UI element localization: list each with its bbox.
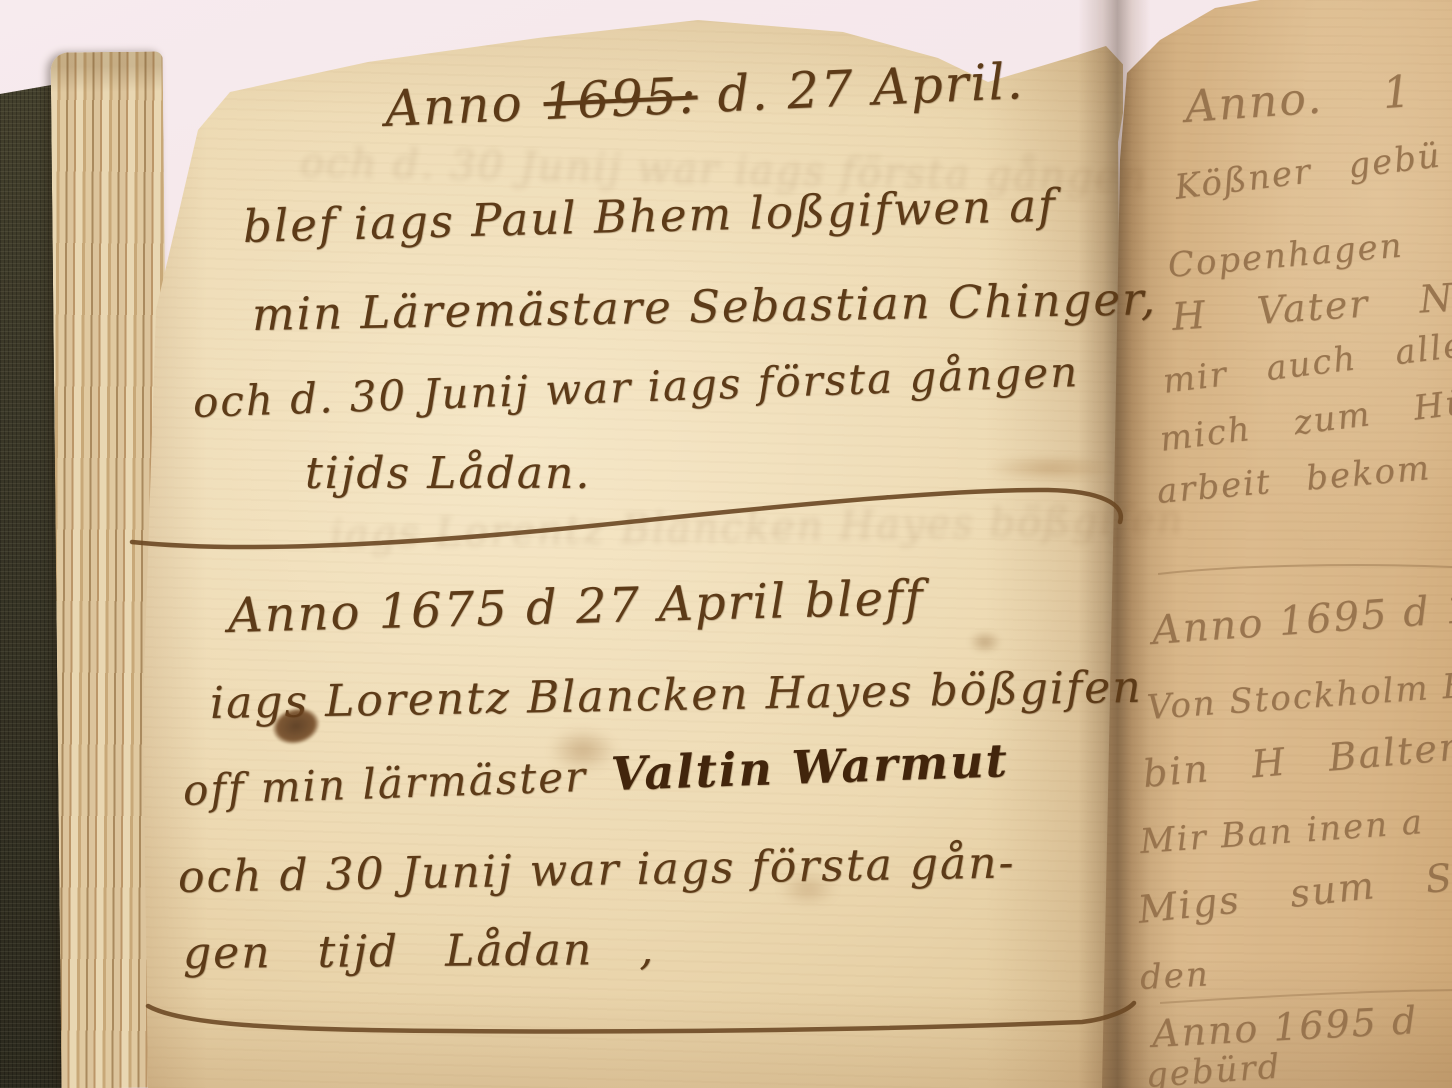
divider-flourish-line [128, 468, 1128, 558]
manuscript-photo: och d. 30 Junij war iags första gången i… [0, 0, 1452, 1088]
manuscript-line: gen tijd Lådan , [183, 924, 656, 979]
faint-rule-line [1158, 558, 1452, 582]
manuscript-line: den [1139, 954, 1211, 998]
entry1-heading-anno: Anno [384, 74, 525, 138]
divider-flourish-line [140, 984, 1140, 1044]
entry1-heading-year-struck: 1695: [542, 66, 698, 131]
